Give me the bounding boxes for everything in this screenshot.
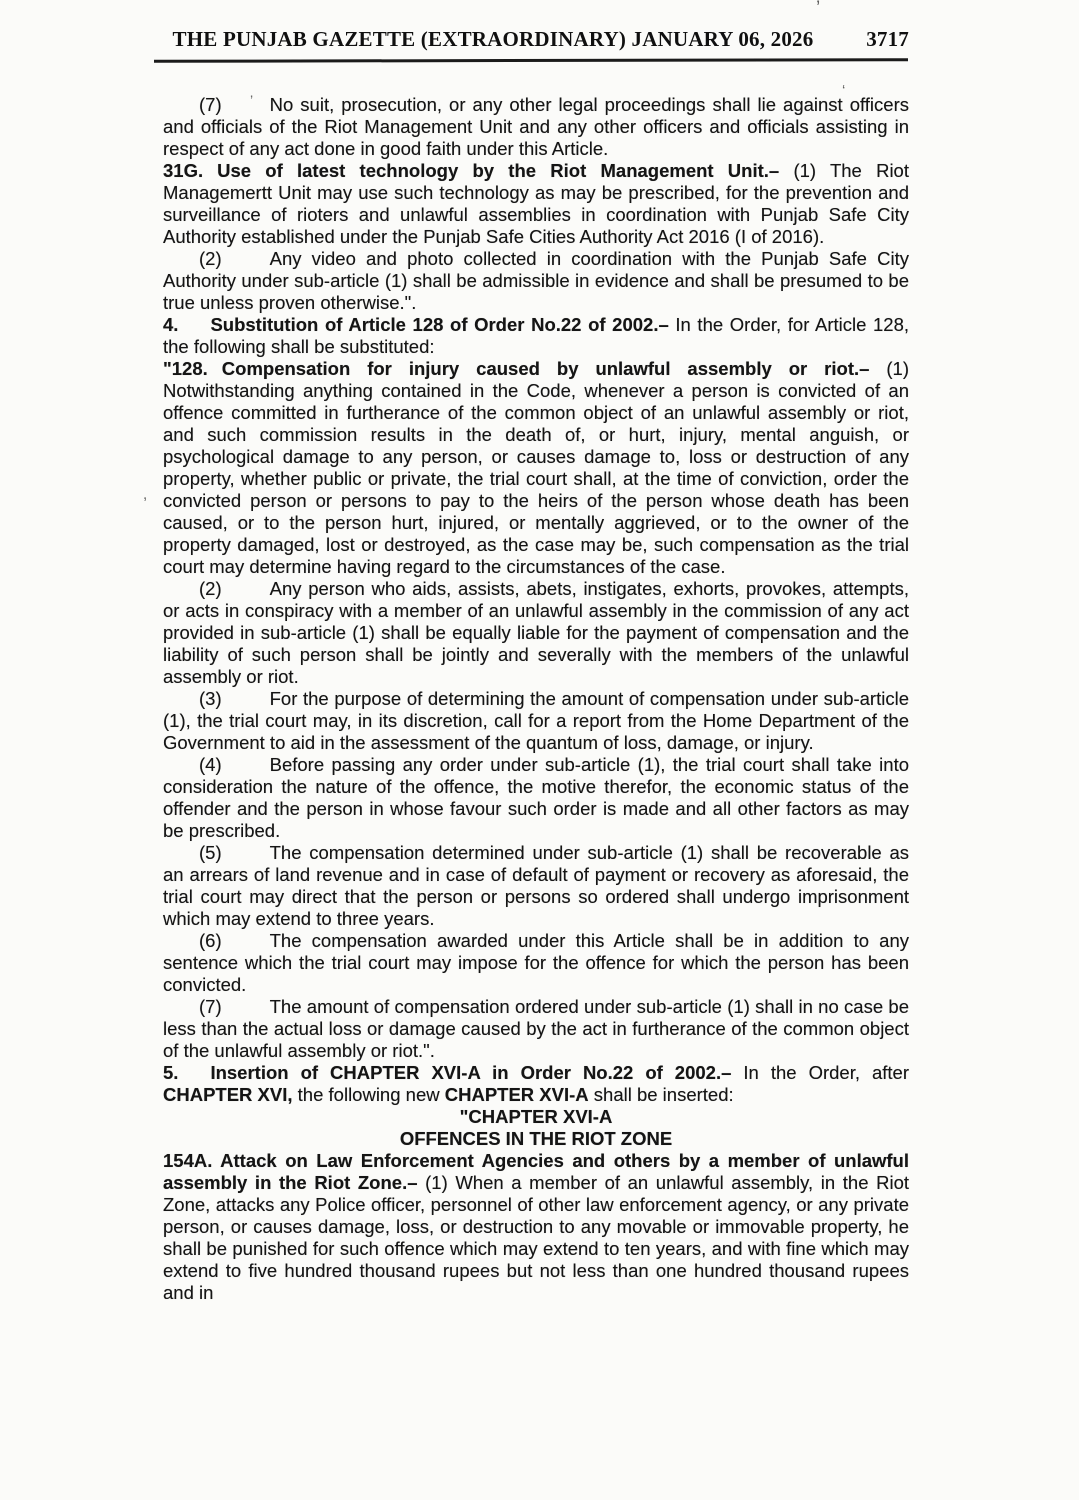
para-art128-sub6: (6)The compensation awarded under this A… [163, 930, 909, 996]
section-text: shall be inserted: [594, 1084, 734, 1105]
gazette-title: THE PUNJAB GAZETTE (EXTRAORDINARY) JANUA… [163, 27, 823, 52]
chapter-ref: CHAPTER XVI-A [445, 1084, 589, 1105]
scan-artifact: ’ [816, 0, 820, 20]
scan-artifact: , [143, 486, 147, 503]
sub-article-text: For the purpose of determining the amoun… [163, 688, 909, 753]
sub-article-text: No suit, prosecution, or any other legal… [163, 94, 909, 159]
para-section4: 4.Substitution of Article 128 of Order N… [163, 314, 909, 358]
gazette-page: ’ ‘ ’ , THE PUNJAB GAZETTE (EXTRAORDINAR… [0, 0, 1079, 1500]
sub-article-number: (6) [199, 930, 222, 951]
para-art128-sub7: (7)The amount of compensation ordered un… [163, 996, 909, 1062]
page-header: THE PUNJAB GAZETTE (EXTRAORDINARY) JANUA… [163, 27, 909, 52]
para-art128-sub5: (5)The compensation determined under sub… [163, 842, 909, 930]
article-heading: Compensation for injury caused by unlawf… [222, 358, 870, 379]
sub-article-text: The compensation awarded under this Arti… [163, 930, 909, 995]
sub-article-number: (7) [199, 996, 222, 1017]
para-art128-sub4: (4)Before passing any order under sub-ar… [163, 754, 909, 842]
sub-article-number: (2) [199, 578, 222, 599]
document-body: (7)No suit, prosecution, or any other le… [163, 94, 909, 1304]
para-section5: 5.Insertion of CHAPTER XVI-A in Order No… [163, 1062, 909, 1106]
article-number: "128. [163, 358, 208, 379]
chapter-heading: "CHAPTER XVI-A [163, 1106, 909, 1128]
sub-article-number: (2) [199, 248, 222, 269]
para-art128-sub2: (2)Any person who aids, assists, abets, … [163, 578, 909, 688]
section-heading: Substitution of Article 128 of Order No.… [210, 314, 668, 335]
article-text: (1) Notwithstanding anything contained i… [163, 358, 909, 577]
para-art31G: 31G.Use of latest technology by the Riot… [163, 160, 909, 248]
para-art31G-sub2: (2)Any video and photo collected in coor… [163, 248, 909, 314]
sub-article-text: The compensation determined under sub-ar… [163, 842, 909, 929]
section-number: 5. [163, 1062, 178, 1083]
section-number: 4. [163, 314, 178, 335]
article-heading: Use of latest technology by the Riot Man… [217, 160, 779, 181]
section-text: In the Order, after [743, 1062, 909, 1083]
para-art128: "128.Compensation for injury caused by u… [163, 358, 909, 578]
para-art128-sub3: (3)For the purpose of determining the am… [163, 688, 909, 754]
header-rule [154, 58, 908, 63]
sub-article-text: Before passing any order under sub-artic… [163, 754, 909, 841]
sub-article-text: Any video and photo collected in coordin… [163, 248, 909, 313]
article-number: 31G. [163, 160, 203, 181]
sub-article-text: The amount of compensation ordered under… [163, 996, 909, 1061]
chapter-subheading: OFFENCES IN THE RIOT ZONE [163, 1128, 909, 1150]
sub-article-number: (4) [199, 754, 222, 775]
sub-article-number: (3) [199, 688, 222, 709]
section-text: the following new [298, 1084, 440, 1105]
chapter-ref: CHAPTER XVI, [163, 1084, 293, 1105]
sub-article-number: (5) [199, 842, 222, 863]
para-art31-sub7: (7)No suit, prosecution, or any other le… [163, 94, 909, 160]
para-art154A: 154A. Attack on Law Enforcement Agencies… [163, 1150, 909, 1304]
sub-article-text: Any person who aids, assists, abets, ins… [163, 578, 909, 687]
section-heading: Insertion of CHAPTER XVI-A in Order No.2… [210, 1062, 731, 1083]
sub-article-number: (7) [199, 94, 222, 115]
page-number: 3717 [823, 27, 909, 52]
